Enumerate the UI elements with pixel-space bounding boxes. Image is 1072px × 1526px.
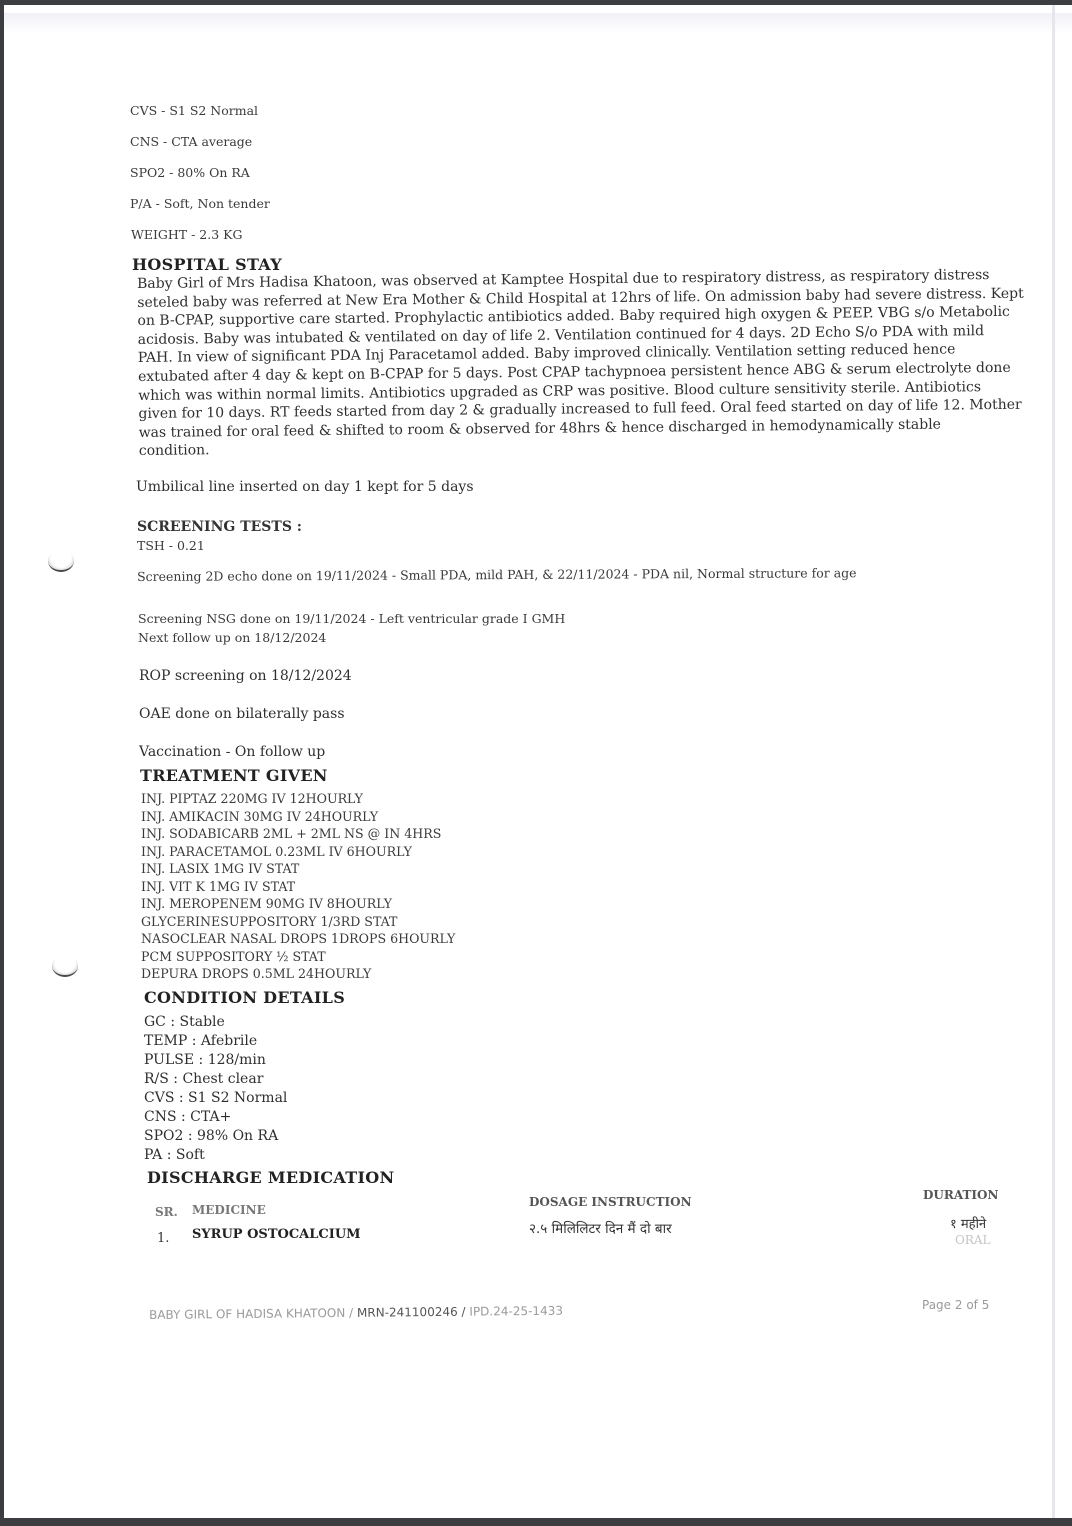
column-duration: DURATION bbox=[923, 1188, 998, 1202]
punch-hole-icon bbox=[52, 955, 78, 977]
treatment-list: INJ. PIPTAZ 220MG IV 12HOURLY INJ. AMIKA… bbox=[141, 790, 455, 983]
treatment-item: INJ. LASIX 1MG IV STAT bbox=[141, 860, 455, 878]
scan-shade bbox=[4, 13, 1072, 33]
vital-spo2: SPO2 - 80% On RA bbox=[130, 165, 250, 180]
med-row-dosage: २.५ मिलिलिटर दिन मैं दो बार bbox=[529, 1219, 672, 1237]
condition-item: SPO2 : 98% On RA bbox=[144, 1127, 287, 1146]
treatment-item: INJ. SODABICARB 2ML + 2ML NS @ IN 4HRS bbox=[141, 825, 455, 843]
column-sr: SR. bbox=[155, 1205, 178, 1219]
condition-item: GC : Stable bbox=[144, 1013, 287, 1032]
discharge-medication-heading: DISCHARGE MEDICATION bbox=[147, 1168, 394, 1187]
treatment-item: INJ. MEROPENEM 90MG IV 8HOURLY bbox=[141, 895, 455, 913]
screening-heading: SCREENING TESTS : bbox=[137, 519, 302, 535]
screening-vaccination: Vaccination - On follow up bbox=[139, 743, 325, 762]
treatment-item: INJ. PIPTAZ 220MG IV 12HOURLY bbox=[141, 790, 455, 808]
scan-edge-line bbox=[1052, 5, 1055, 1518]
treatment-item: INJ. PARACETAMOL 0.23ML IV 6HOURLY bbox=[141, 843, 455, 861]
condition-item: PA : Soft bbox=[144, 1146, 287, 1165]
screening-echo: Screening 2D echo done on 19/11/2024 - S… bbox=[137, 565, 857, 584]
condition-item: PULSE : 128/min bbox=[144, 1051, 287, 1070]
document-page: CVS - S1 S2 Normal CNS - CTA average SPO… bbox=[4, 5, 1072, 1518]
screening-oae: OAE done on bilaterally pass bbox=[139, 705, 345, 724]
condition-item: CVS : S1 S2 Normal bbox=[144, 1089, 287, 1108]
column-medicine: MEDICINE bbox=[192, 1203, 266, 1217]
column-dosage: DOSAGE INSTRUCTION bbox=[529, 1195, 692, 1209]
footer-ipd: IPD.24-25-1433 bbox=[469, 1304, 563, 1319]
med-row-route: ORAL bbox=[955, 1233, 991, 1247]
treatment-item: PCM SUPPOSITORY ½ STAT bbox=[141, 948, 455, 966]
treatment-item: INJ. VIT K 1MG IV STAT bbox=[141, 878, 455, 896]
footer-mrn: MRN-241100246 / bbox=[357, 1305, 470, 1320]
med-row-medicine: SYRUP OSTOCALCIUM bbox=[192, 1227, 361, 1242]
condition-item: CNS : CTA+ bbox=[144, 1108, 287, 1127]
vital-pa: P/A - Soft, Non tender bbox=[130, 196, 270, 211]
umbilical-line-note: Umbilical line inserted on day 1 kept fo… bbox=[136, 478, 474, 497]
hospital-stay-heading: HOSPITAL STAY bbox=[132, 255, 282, 274]
screening-nsg: Screening NSG done on 19/11/2024 - Left … bbox=[138, 611, 565, 626]
treatment-item: DEPURA DROPS 0.5ML 24HOURLY bbox=[141, 965, 455, 983]
condition-item: TEMP : Afebrile bbox=[144, 1032, 287, 1051]
treatment-item: NASOCLEAR NASAL DROPS 1DROPS 6HOURLY bbox=[141, 930, 455, 948]
med-row-duration: १ महीने bbox=[950, 1214, 986, 1232]
vital-cvs: CVS - S1 S2 Normal bbox=[130, 103, 258, 118]
med-row-sr: 1. bbox=[157, 1231, 169, 1246]
condition-list: GC : Stable TEMP : Afebrile PULSE : 128/… bbox=[144, 1013, 287, 1165]
footer-patient-ids: BABY GIRL OF HADISA KHATOON / MRN-241100… bbox=[149, 1304, 563, 1322]
condition-item: R/S : Chest clear bbox=[144, 1070, 287, 1089]
condition-heading: CONDITION DETAILS bbox=[144, 988, 345, 1007]
screening-next-follow-up: Next follow up on 18/12/2024 bbox=[138, 630, 326, 645]
vital-cns: CNS - CTA average bbox=[130, 134, 252, 149]
page-number: Page 2 of 5 bbox=[922, 1298, 989, 1312]
vital-weight: WEIGHT - 2.3 KG bbox=[131, 227, 242, 242]
treatment-item: INJ. AMIKACIN 30MG IV 24HOURLY bbox=[141, 808, 455, 826]
hospital-stay-paragraph: Baby Girl of Mrs Hadisa Khatoon, was obs… bbox=[137, 266, 989, 461]
screening-rop: ROP screening on 18/12/2024 bbox=[139, 667, 352, 686]
screening-tsh: TSH - 0.21 bbox=[137, 538, 205, 553]
treatment-heading: TREATMENT GIVEN bbox=[140, 766, 328, 785]
punch-hole-icon bbox=[48, 550, 74, 572]
treatment-item: GLYCERINESUPPOSITORY 1/3RD STAT bbox=[141, 913, 455, 931]
footer-patient-name: BABY GIRL OF HADISA KHATOON / bbox=[149, 1306, 357, 1322]
